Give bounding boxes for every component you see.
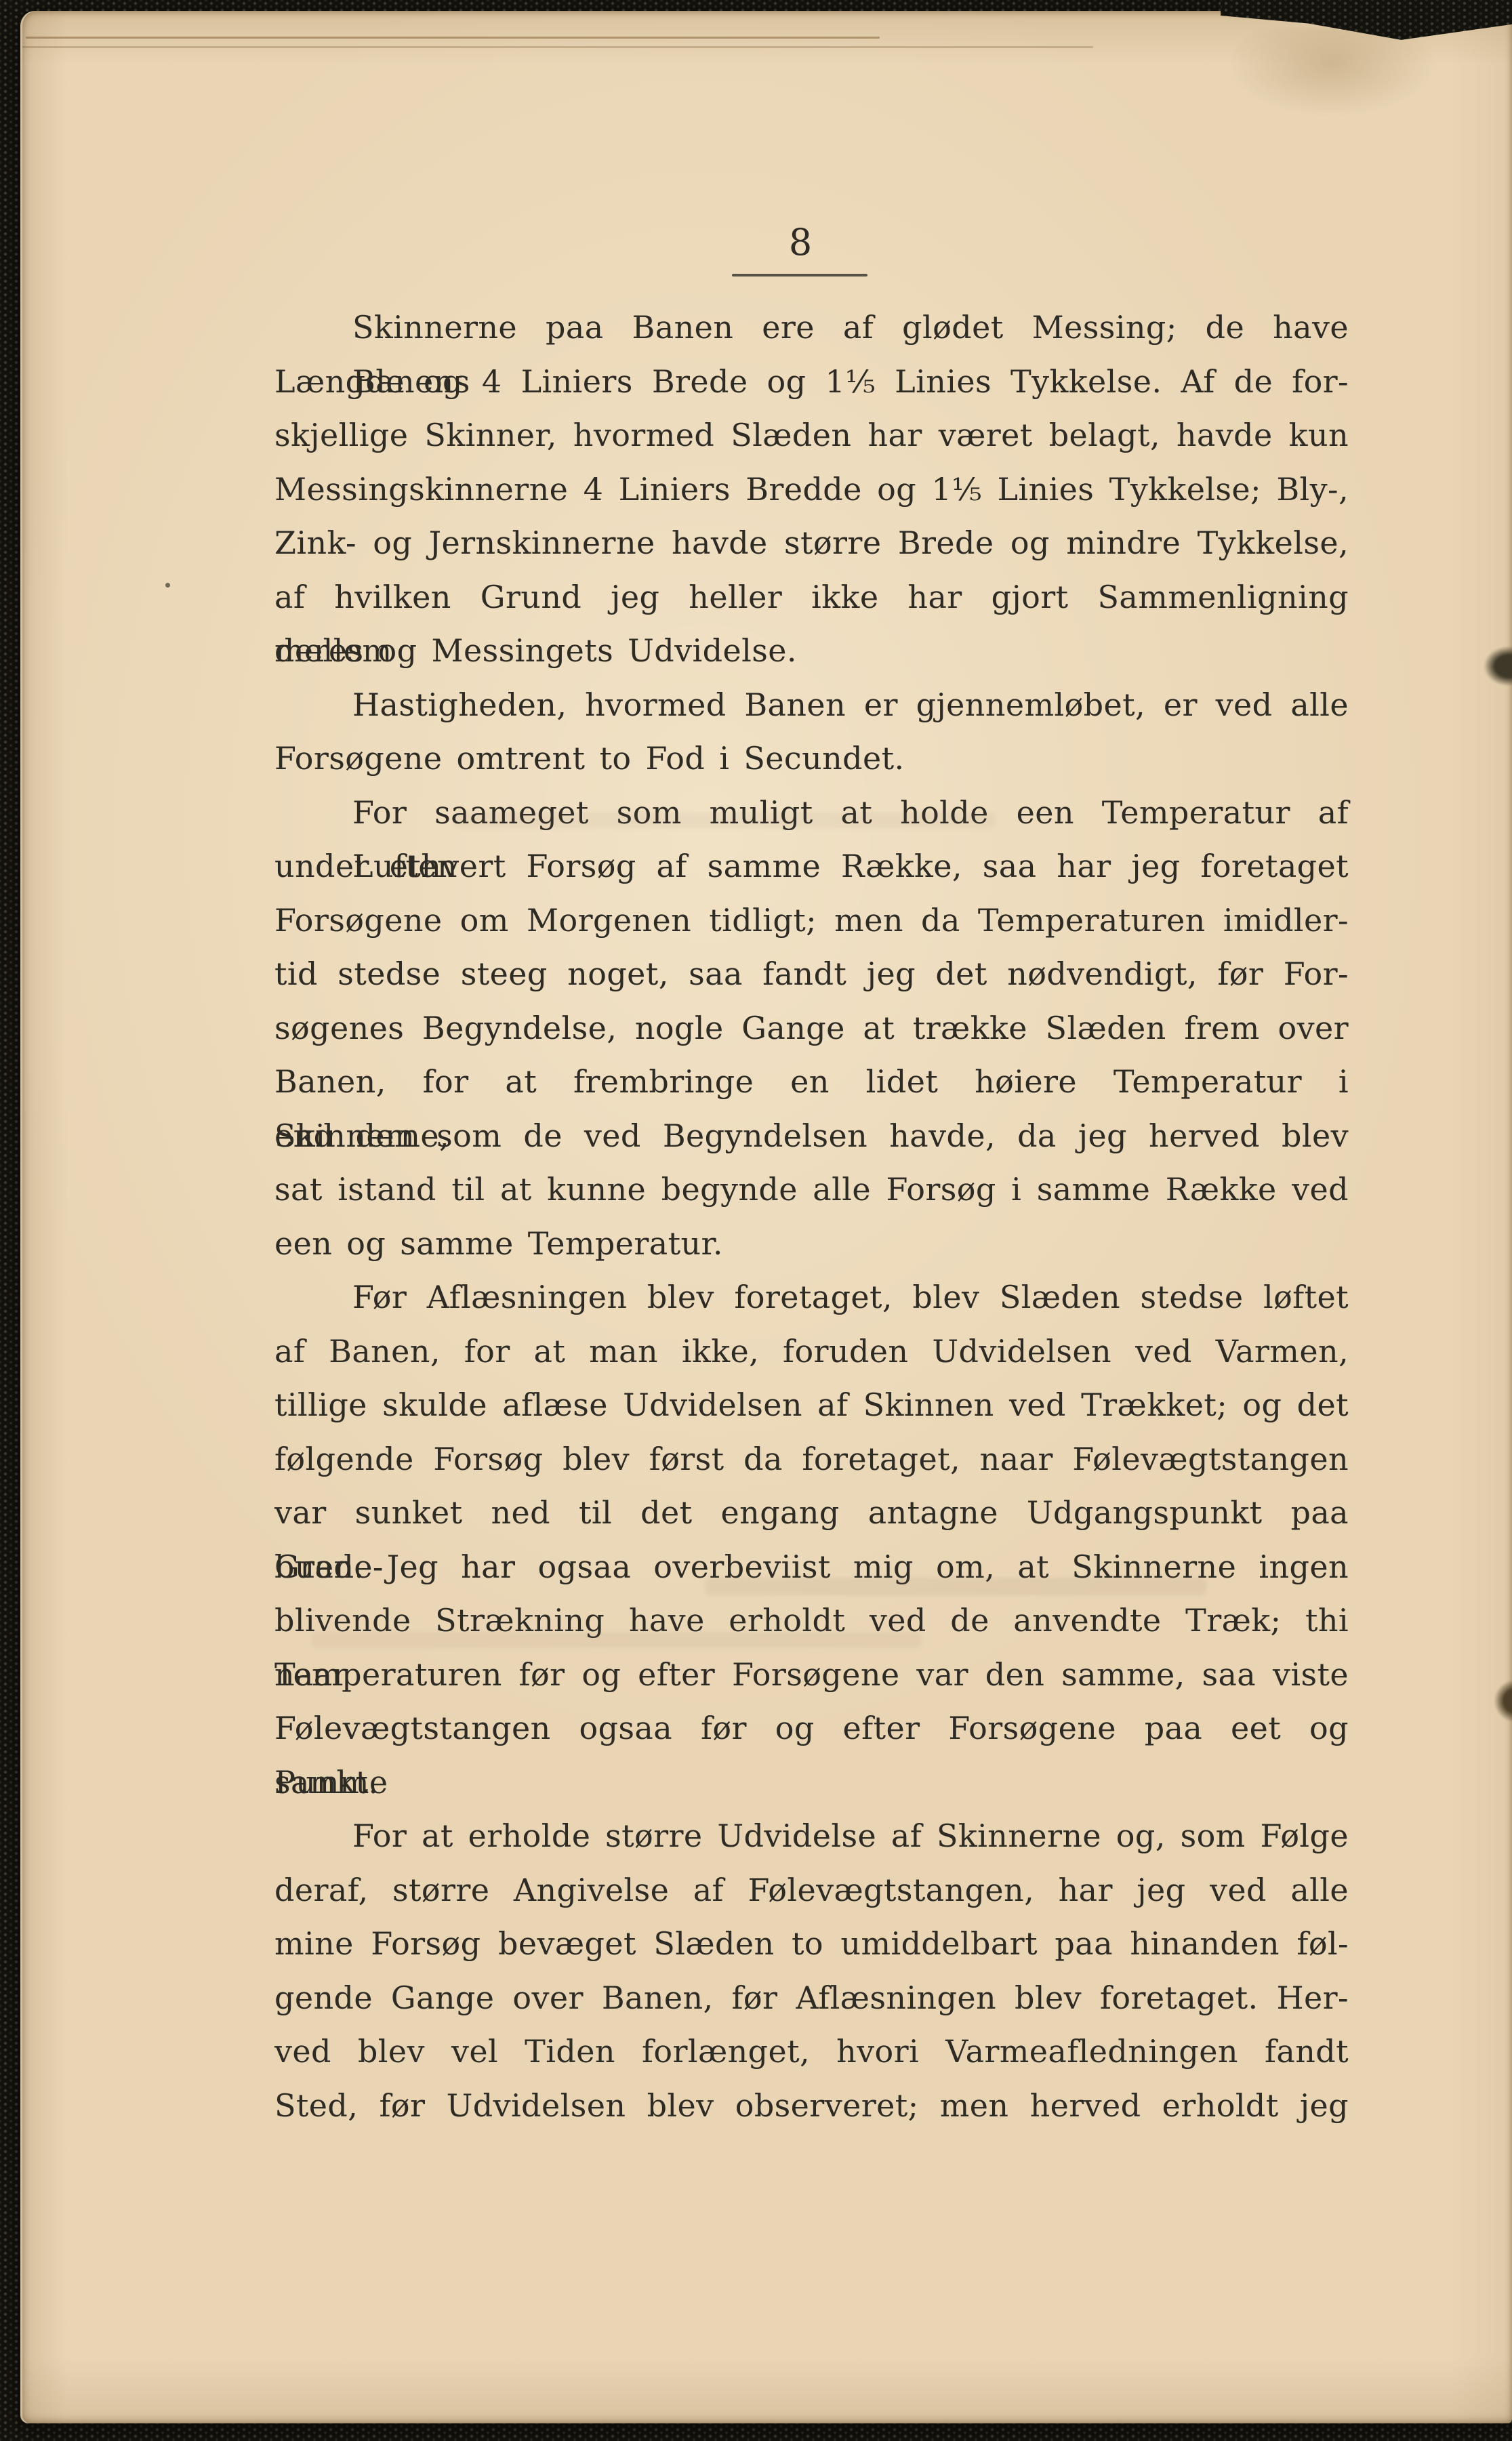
text-line: tillige skulde aflæse Udvidelsen af Skin… — [274, 1378, 1349, 1433]
ink-bleedthrough — [705, 1578, 1206, 1595]
text-line: tid stedse steeg noget, saa fandt jeg de… — [274, 947, 1349, 1002]
text-line: mine Forsøg bevæget Slæden to umiddelbar… — [274, 1917, 1349, 1971]
ink-bleedthrough — [454, 812, 996, 828]
text-line: For at erholde større Udvidelse af Skinn… — [274, 1809, 1349, 1864]
body-text: Skinnerne paa Banen ere af glødet Messin… — [274, 301, 1349, 2133]
text-line: Forsøgene om Morgenen tidligt; men da Te… — [274, 894, 1349, 948]
page-stack-edge-line — [26, 37, 880, 39]
text-line: Følevægtstangen ogsaa før og efter Forsø… — [274, 1702, 1349, 1756]
text-line: af Banen, for at man ikke, foruden Udvid… — [274, 1325, 1349, 1379]
text-line: Temperaturen før og efter Forsøgene var … — [274, 1648, 1349, 1702]
text-line: een og samme Temperatur. — [274, 1217, 1349, 1271]
text-line: end den som de ved Begyndelsen havde, da… — [274, 1109, 1349, 1164]
ink-speck — [1484, 647, 1512, 686]
text-line: under ethvert Forsøg af samme Række, saa… — [274, 840, 1349, 894]
text-line: Skinnerne paa Banen ere af glødet Messin… — [274, 301, 1349, 355]
page-number-rule — [732, 274, 867, 276]
page-number: 8 — [264, 221, 1338, 264]
text-line: Længde og 4 Liniers Brede og 1⅕ Linies T… — [274, 355, 1349, 409]
text-line: deres og Messingets Udvidelse. — [274, 624, 1349, 678]
text-line: sat istand til at kunne begynde alle For… — [274, 1163, 1349, 1217]
paper-stain — [1227, 28, 1437, 117]
book-page-scan: 8 Skinnerne paa Banen ere af glødet Mess… — [20, 11, 1512, 2423]
text-line: skjellige Skinner, hvormed Slæden har væ… — [274, 409, 1349, 463]
ink-bleedthrough — [312, 1632, 922, 1648]
ink-speck — [1494, 1679, 1512, 1723]
text-line: søgenes Begyndelse, nogle Gange at trækk… — [274, 1002, 1349, 1056]
text-line: Banen, for at frembringe en lidet høiere… — [274, 1055, 1349, 1109]
text-line: Zink- og Jernskinnerne havde større Bred… — [274, 516, 1349, 571]
text-line: ved blev vel Tiden forlænget, hvori Varm… — [274, 2025, 1349, 2079]
text-line: var sunket ned til det engang antagne Ud… — [274, 1486, 1349, 1540]
text-line: Før Aflæsningen blev foretaget, blev Slæ… — [274, 1271, 1349, 1325]
page-stack-edge-line — [22, 46, 1093, 48]
text-line: gende Gange over Banen, før Aflæsningen … — [274, 1971, 1349, 2026]
scan-photo: { "colors": { "fabric": "#14120d", "pape… — [0, 0, 1512, 2441]
text-line: Forsøgene omtrent to Fod i Secundet. — [274, 732, 1349, 786]
ink-speck — [165, 583, 170, 588]
text-line: af hvilken Grund jeg heller ikke har gjo… — [274, 571, 1349, 625]
text-line: Hastigheden, hvormed Banen er gjennemløb… — [274, 678, 1349, 733]
text-line: følgende Forsøg blev først da foretaget,… — [274, 1433, 1349, 1487]
text-line: Messingskinnerne 4 Liniers Bredde og 1⅕ … — [274, 463, 1349, 517]
text-line: deraf, større Angivelse af Følevægtstang… — [274, 1864, 1349, 1918]
text-line: Punkt. — [274, 1756, 1349, 1810]
text-line: Sted, før Udvidelsen blev observeret; me… — [274, 2079, 1349, 2133]
